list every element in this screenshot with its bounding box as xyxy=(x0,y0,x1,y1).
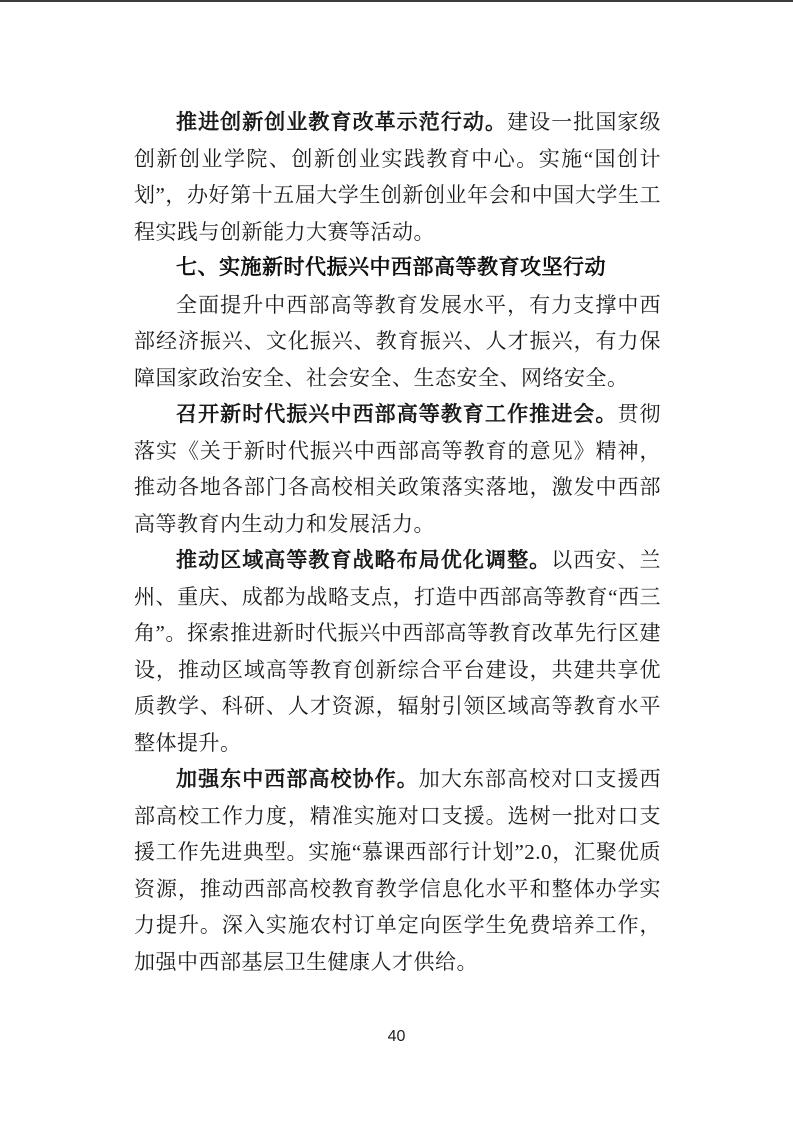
page-content: 推进创新创业教育改革示范行动。建设一批国家级创新创业学院、创新创业实践教育中心。… xyxy=(134,104,661,980)
paragraph-lead: 推进创新创业教育改革示范行动。 xyxy=(176,110,507,134)
paragraph-innovation-action: 推进创新创业教育改革示范行动。建设一批国家级创新创业学院、创新创业实践教育中心。… xyxy=(134,104,661,250)
paragraph-overview: 全面提升中西部高等教育发展水平，有力支撑中西部经济振兴、文化振兴、教育振兴、人才… xyxy=(134,287,661,397)
paragraph-text: 全面提升中西部高等教育发展水平，有力支撑中西部经济振兴、文化振兴、教育振兴、人才… xyxy=(134,293,661,390)
paragraph-lead: 推动区域高等教育战略布局优化调整。 xyxy=(176,548,551,572)
paragraph-work-meeting: 召开新时代振兴中西部高等教育工作推进会。贯彻落实《关于新时代振兴中西部高等教育的… xyxy=(134,396,661,542)
document-page: 推进创新创业教育改革示范行动。建设一批国家级创新创业学院、创新创业实践教育中心。… xyxy=(0,0,793,1122)
page-number: 40 xyxy=(0,1028,793,1046)
scan-edge-line xyxy=(0,0,793,2)
paragraph-text: 以西安、兰州、重庆、成都为战略支点，打造中西部高等教育“西三角”。探索推进新时代… xyxy=(134,548,661,755)
paragraph-east-west-cooperation: 加强东中西部高校协作。加大东部高校对口支援西部高校工作力度，精准实施对口支援。选… xyxy=(134,761,661,980)
paragraph-text: 加大东部高校对口支援西部高校工作力度，精准实施对口支援。选树一批对口支援工作先进… xyxy=(134,767,661,974)
paragraph-regional-layout: 推动区域高等教育战略布局优化调整。以西安、兰州、重庆、成都为战略支点，打造中西部… xyxy=(134,542,661,761)
paragraph-lead: 加强东中西部高校协作。 xyxy=(176,767,419,791)
section-heading-seven: 七、实施新时代振兴中西部高等教育攻坚行动 xyxy=(134,250,661,287)
paragraph-lead: 召开新时代振兴中西部高等教育工作推进会。 xyxy=(176,402,617,426)
